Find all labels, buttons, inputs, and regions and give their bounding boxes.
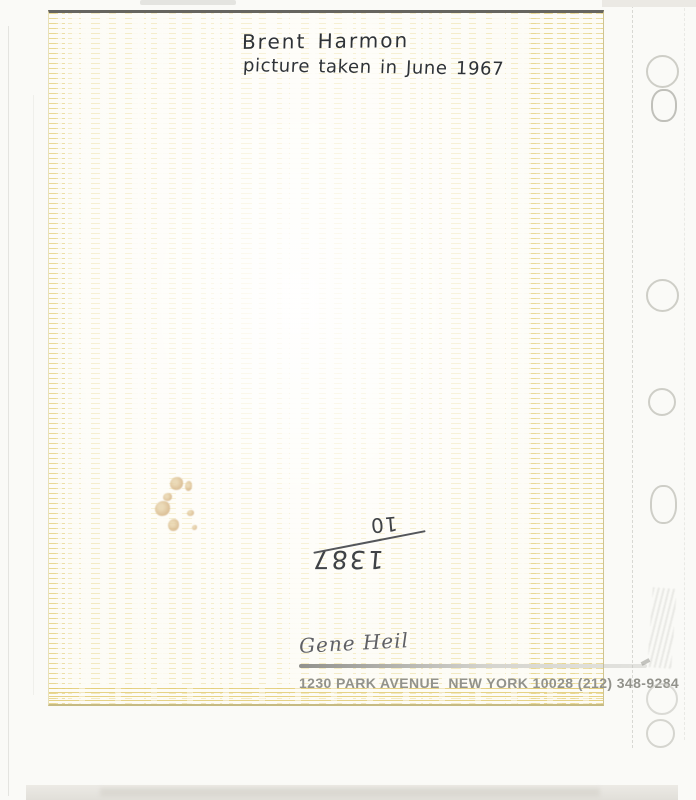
bottom-band-smudge	[100, 788, 600, 797]
binder-hole	[646, 55, 679, 88]
binder-hole	[648, 388, 676, 416]
pencil-number-small: 10	[369, 512, 398, 538]
stain-spot	[155, 501, 170, 516]
top-edge-smudge	[140, 0, 236, 5]
stain-spot	[192, 525, 197, 530]
stain-spot	[168, 519, 179, 531]
pencil-number-note: 1387 10	[307, 486, 433, 578]
photo-paper: Brent Harmon picture taken in June 1967 …	[48, 10, 604, 706]
binder-hole	[646, 279, 679, 312]
sleeve-crease-line	[33, 95, 34, 695]
stain-spot	[187, 510, 194, 516]
binder-hole	[646, 719, 675, 748]
binder-hole	[651, 89, 677, 122]
scanned-photo-back: Brent Harmon picture taken in June 1967 …	[0, 0, 696, 800]
binder-hole	[650, 485, 677, 524]
scan-edge-line	[8, 26, 9, 796]
paper-edge-texture-right	[531, 13, 603, 704]
handwriting-name: Brent Harmon	[242, 28, 410, 54]
paper-edge-texture-left	[49, 13, 65, 704]
binder-hole	[646, 683, 678, 715]
handwriting-caption: picture taken in June 1967	[242, 55, 504, 80]
sleeve-outer-line	[684, 8, 685, 740]
stain-spot	[170, 477, 183, 490]
stamp-address: 1230 PARK AVENUE NEW YORK 10028 (212) 34…	[299, 675, 659, 691]
stamp-rule-line	[299, 664, 647, 668]
stain-spot	[185, 481, 192, 491]
photographer-stamp: Gene Heil 1230 PARK AVENUE NEW YORK 1002…	[299, 631, 659, 691]
top-right-smudge	[602, 0, 696, 7]
stamp-name: Gene Heil	[298, 628, 409, 658]
stain-spot	[163, 493, 172, 501]
